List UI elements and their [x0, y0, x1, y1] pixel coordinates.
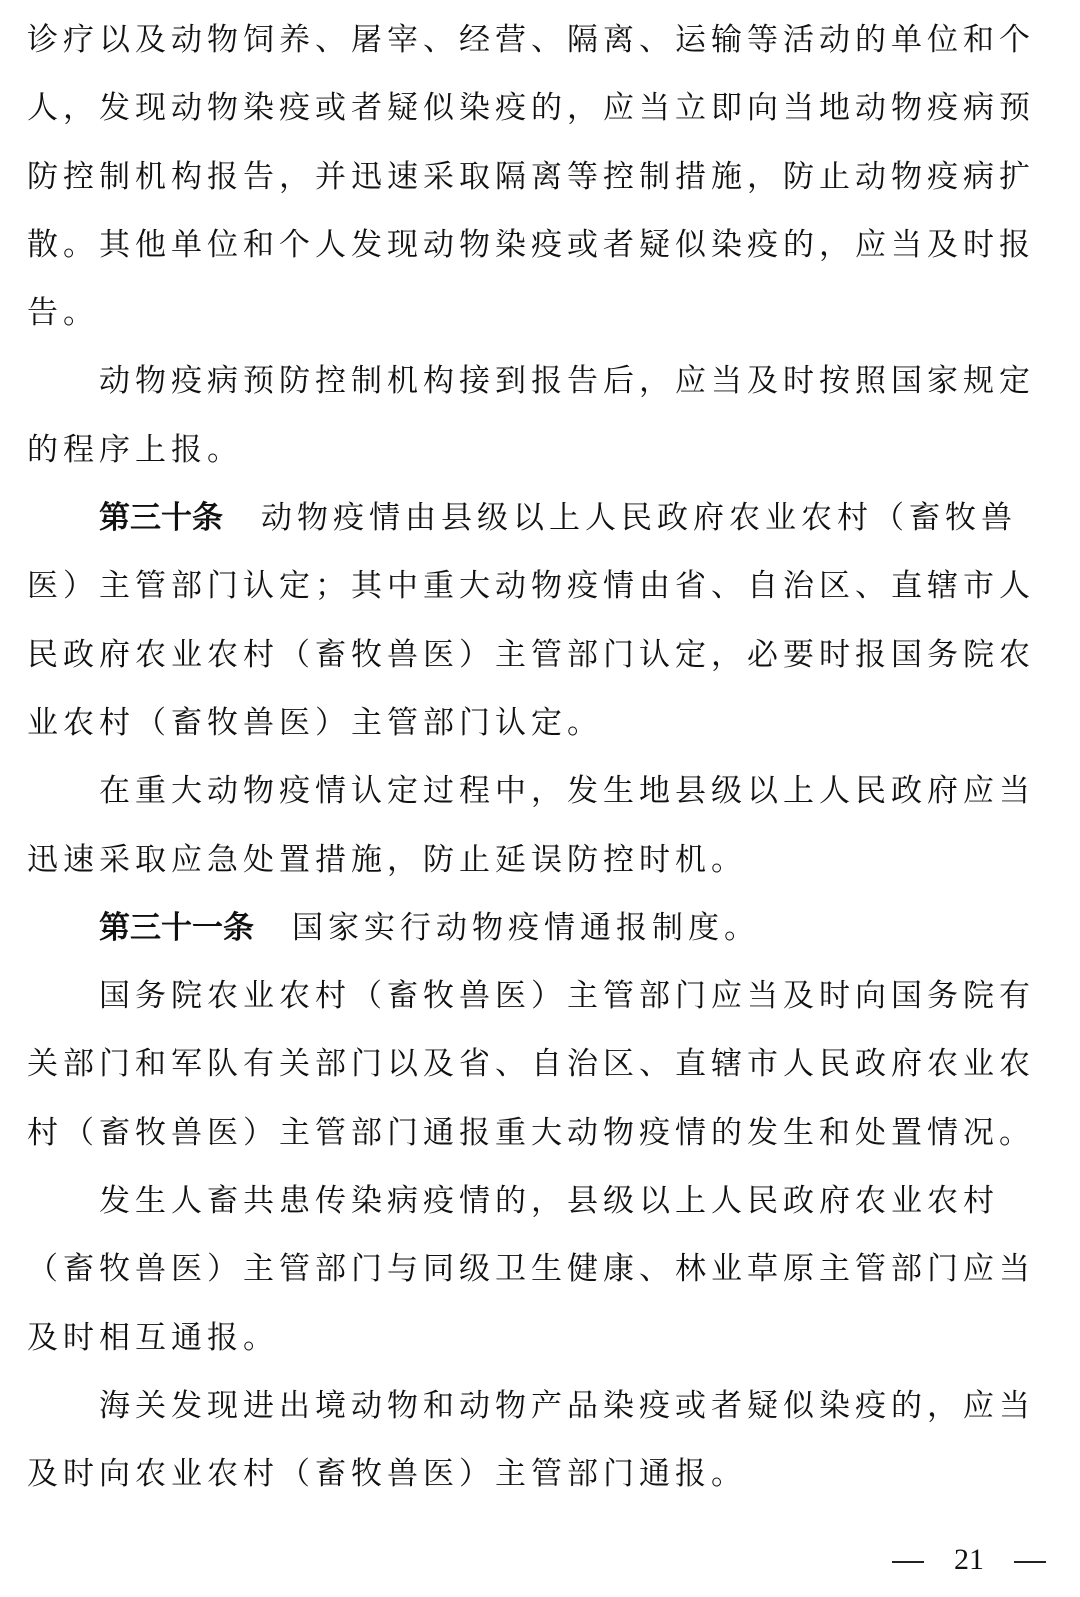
article-number-31: 第三十一条 — [99, 910, 254, 946]
text-line-18: 发生人畜共患传染病疫情的，县级以上人民政府农业农村 — [27, 1167, 1039, 1235]
text-line-3: 防控制机构报告，并迅速采取隔离等控制措施，防止动物疫病扩 — [27, 143, 1039, 211]
article-31-text: 国家实行动物疫情通报制度。 — [292, 910, 760, 946]
text-line-7: 的程序上报。 — [27, 416, 1039, 484]
text-line-11: 业农村（畜牧兽医）主管部门认定。 — [27, 689, 1039, 757]
text-line-9: 医）主管部门认定；其中重大动物疫情由省、自治区、直辖市人 — [27, 552, 1039, 620]
text-line-19: （畜牧兽医）主管部门与同级卫生健康、林业草原主管部门应当 — [27, 1235, 1039, 1303]
article-30-heading-line: 第三十条动物疫情由县级以上人民政府农业农村（畜牧兽 — [27, 484, 1039, 552]
text-line-4: 散。其他单位和个人发现动物染疫或者疑似染疫的，应当及时报 — [27, 211, 1039, 279]
text-line-15: 国务院农业农村（畜牧兽医）主管部门应当及时向国务院有 — [27, 962, 1039, 1030]
text-line-5: 告。 — [27, 279, 1039, 347]
text-line-21: 海关发现进出境动物和动物产品染疫或者疑似染疫的，应当 — [27, 1372, 1039, 1440]
dash-left — [892, 1561, 924, 1563]
article-31-heading-line: 第三十一条国家实行动物疫情通报制度。 — [27, 894, 1039, 962]
text-line-13: 迅速采取应急处置措施，防止延误防控时机。 — [27, 826, 1039, 894]
text-line-16: 关部门和军队有关部门以及省、自治区、直辖市人民政府农业农 — [27, 1030, 1039, 1098]
text-line-22: 及时向农业农村（畜牧兽医）主管部门通报。 — [27, 1440, 1039, 1508]
text-line-2: 人，发现动物染疫或者疑似染疫的，应当立即向当地动物疫病预 — [27, 74, 1039, 142]
text-line-10: 民政府农业农村（畜牧兽医）主管部门认定，必要时报国务院农 — [27, 621, 1039, 689]
text-line-6: 动物疫病预防控制机构接到报告后，应当及时按照国家规定 — [27, 347, 1039, 415]
text-line-20: 及时相互通报。 — [27, 1304, 1039, 1372]
article-30-text: 动物疫情由县级以上人民政府农业农村（畜牧兽 — [261, 500, 1017, 536]
page-number-value: 21 — [954, 1538, 984, 1582]
document-page: 诊疗以及动物饲养、屠宰、经营、隔离、运输等活动的单位和个 人，发现动物染疫或者疑… — [27, 6, 1039, 1509]
text-line-12: 在重大动物疫情认定过程中，发生地县级以上人民政府应当 — [27, 757, 1039, 825]
article-number-30: 第三十条 — [99, 500, 223, 536]
page-number: 21 — [892, 1538, 1046, 1582]
text-line-17: 村（畜牧兽医）主管部门通报重大动物疫情的发生和处置情况。 — [27, 1099, 1039, 1167]
text-line-1: 诊疗以及动物饲养、屠宰、经营、隔离、运输等活动的单位和个 — [27, 6, 1039, 74]
dash-right — [1014, 1561, 1046, 1563]
